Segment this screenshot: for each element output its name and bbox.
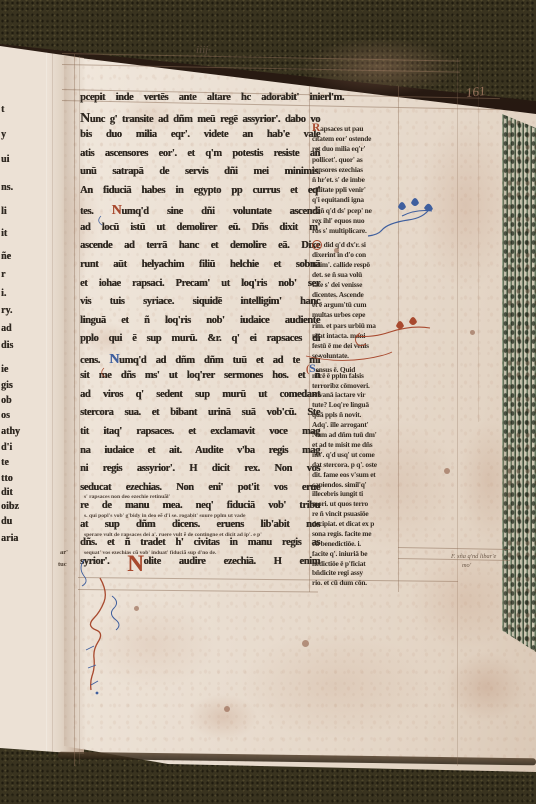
gloss-line: decipiat. et dicat ex p bbox=[312, 519, 400, 529]
text-line: atis ascensores eor'. et q'm potestis re… bbox=[80, 148, 320, 165]
stain-dot bbox=[224, 706, 230, 712]
gloss-line: Adq'. ille arrogant' bbox=[312, 420, 400, 430]
gloss-line: et ē argum'tū cum bbox=[312, 300, 400, 310]
gutter-fragment: ry. bbox=[1, 305, 12, 316]
ruling-line bbox=[457, 58, 458, 766]
gutter-fragment: ñe bbox=[1, 251, 11, 262]
gutter-fragment: ad bbox=[1, 323, 12, 334]
gloss-line: ros s' multiplicare. bbox=[312, 226, 400, 236]
folio-number: 161 bbox=[465, 83, 486, 101]
ruling-line bbox=[74, 54, 75, 766]
gloss-line: festū ē me dei venis bbox=[312, 341, 400, 351]
gloss-line: quā ppls ñ novit. bbox=[312, 410, 400, 420]
interlinear-gloss: sequat' vos ezechias cū vob' induat' fid… bbox=[84, 550, 216, 556]
gutter-fragment: r bbox=[1, 269, 5, 280]
gutter-fragment: aria bbox=[1, 533, 18, 544]
gloss-line: se voluntate. bbox=[312, 351, 400, 361]
gloss-line: cillitate ppli venir' bbox=[312, 185, 400, 195]
text-segment: syrior'. bbox=[80, 556, 109, 567]
text-line: unū satrapā de servis dñi mei minimis. bbox=[80, 166, 320, 183]
text-segment: tes. bbox=[80, 206, 93, 217]
gutter-fragment: tto bbox=[1, 473, 13, 484]
text-line: syrior'. Nolite audire ezechiā. H enim bbox=[80, 556, 320, 573]
gloss-line: fidim'. callide respō bbox=[312, 260, 400, 270]
circled-red-initial: a bbox=[312, 240, 322, 250]
book-fore-edge bbox=[502, 112, 536, 652]
gloss-line: dit. fame eos v'sum et bbox=[312, 470, 400, 480]
gloss-line: dixerint in d'o con bbox=[312, 250, 400, 260]
gutter-fragment: ob bbox=[1, 395, 12, 406]
gutter-fragment: y bbox=[1, 129, 6, 140]
gutter-fragment: dis bbox=[1, 340, 13, 351]
gutter-fragment: dit bbox=[1, 487, 13, 498]
gloss-line: ri. ñ q'd ds' pcep' ne bbox=[312, 206, 400, 216]
gloss-line: Num ad dñm tuū dm' bbox=[312, 430, 400, 440]
manuscript-photo: iiij· 161 pcepit inde vertēs ante altare… bbox=[0, 0, 536, 804]
blue-initial-letter: N bbox=[109, 352, 119, 367]
text-segment: apsaces ut pau bbox=[320, 124, 363, 133]
red-initial-letter: R bbox=[312, 122, 320, 134]
gutter-fragment: ie bbox=[1, 364, 8, 375]
gloss-line: ms'. q'd usq' ut come bbox=[312, 450, 400, 460]
interlinear-gloss: sperare vult de rapsaces dei a'. ruere v… bbox=[84, 532, 262, 538]
text-line: Nunc g' transite ad dñm meū regē assyrio… bbox=[80, 111, 320, 128]
gloss-line: dicentes. Ascende bbox=[312, 290, 400, 300]
text-line: ad locū istū ut demolirer eū. Dñs dixit … bbox=[80, 222, 320, 239]
gutter-fragment: it bbox=[1, 228, 7, 239]
gutter-note: ar' bbox=[60, 549, 68, 556]
text-line: na iudaice et ait. Audite v'ba regis mag bbox=[80, 445, 320, 462]
gutter-fragment: athy bbox=[1, 426, 20, 437]
gloss-line: re ñ vincit psuasiōe bbox=[312, 509, 400, 519]
gutter-fragment: ui bbox=[1, 154, 9, 165]
text-segment: olite audire ezechiā. H enim bbox=[143, 556, 320, 567]
text-line: pplo qui ē sup murū. &r. q' ei rapsaces … bbox=[80, 333, 320, 350]
gloss-line: facite q'. iniuriā be bbox=[312, 549, 400, 559]
gloss-line: dat stercora. p q'. oste bbox=[312, 460, 400, 470]
gloss-line: multas urbes cepe bbox=[312, 310, 400, 320]
text-line: cens. Numq'd ad dñm dñm tuū et ad te mi bbox=[80, 352, 320, 369]
gloss-line: sona regis. facite me bbox=[312, 529, 400, 539]
gutter-note: tuc bbox=[58, 561, 67, 568]
gutter-fragment: du bbox=[1, 516, 12, 527]
gutter-fragment: d'i bbox=[1, 442, 12, 453]
gutter-fragment: li bbox=[1, 206, 7, 217]
gloss-line: ñ hr'et. s' de imbe bbox=[312, 175, 400, 185]
text-line: sit me dñs ms' ut loq'rer sermones hos. … bbox=[80, 370, 320, 387]
text-line: runt aūt helyachim filiū helchie et sobn… bbox=[80, 259, 320, 276]
gloss-line: bñdicite regi assy bbox=[312, 568, 400, 578]
stain-dot bbox=[134, 606, 139, 611]
text-line: et iohae rapsaci. Precam' ut loq'ris nob… bbox=[80, 278, 320, 295]
text-line: tes. Numq'd sine dñi voluntate ascendi bbox=[80, 203, 320, 220]
gutter-fragment: gis bbox=[1, 380, 13, 391]
gutter-fragment: oibz bbox=[1, 501, 19, 512]
initial-letter: N bbox=[80, 111, 90, 126]
gloss-line: et vanā iactare vir bbox=[312, 390, 400, 400]
text-line: pcepit inde vertēs ante altare hc adorab… bbox=[80, 92, 344, 109]
text-line: ascende ad terrā hanc et demolire eā. Di… bbox=[80, 240, 320, 257]
ruling-line bbox=[478, 62, 479, 422]
text-line: ni regis assyrior'. H dicit rex. Non vos bbox=[80, 463, 320, 480]
gloss-line: citatem eor' ostende bbox=[312, 134, 400, 144]
gutter-fragment: te bbox=[1, 457, 9, 468]
gloss-line: cū benedictiōe. i. bbox=[312, 539, 400, 549]
text-line: An fiduciā habes in egypto pp currus et … bbox=[80, 185, 320, 202]
margin-cursive-note: mo' bbox=[462, 562, 471, 569]
gloss-line: rio. et cū dum cōn. bbox=[312, 578, 400, 588]
interlinear-gloss: s' rapsaces non deo ezechie retinuāl' bbox=[84, 494, 170, 500]
margin-cursive-note: F. sña q'nd libar'e bbox=[451, 553, 496, 560]
gloss-line: rex ihl' equos nuo bbox=[312, 216, 400, 226]
gutter-fragment: i. bbox=[1, 288, 6, 299]
interlinear-gloss: s. qui popl's vob' g'bidy in deo eē d'i … bbox=[84, 513, 245, 519]
gloss-line: tute? Loq're linguā bbox=[312, 400, 400, 410]
quire-mark: iiij· bbox=[196, 44, 211, 56]
text-line: vis tuis syriace. siquidē intelligim' ha… bbox=[80, 296, 320, 313]
gloss-line: neat intacta. mani bbox=[312, 331, 400, 341]
stain-dot bbox=[470, 330, 475, 335]
text-segment: umq'd sine dñi voluntate ascendi bbox=[121, 206, 320, 217]
gloss-line: ret duo milia eq'r' bbox=[312, 144, 400, 154]
gloss-line: mori. ut quos terro bbox=[312, 499, 400, 509]
text-line: bis duo milia eqr'. videte an hab'e vale bbox=[80, 129, 320, 146]
text-segment: unc g' transite ad dñm meū regē assyrior… bbox=[90, 114, 320, 125]
gloss-line: det. se ñ sua volū bbox=[312, 270, 400, 280]
gloss-line: pollicet'. quor' as bbox=[312, 155, 400, 165]
text-line: stercora sua. et bibant urinā suā vob'cū… bbox=[80, 407, 320, 424]
gutter-fragment: os bbox=[1, 410, 10, 421]
text-line: ad viros q' sedent sup murū ut comedant bbox=[80, 389, 320, 406]
gloss-line: a did q'd dx'r. si bbox=[312, 240, 400, 250]
gloss-line: censores ezechias bbox=[312, 165, 400, 175]
text-segment: cens. bbox=[80, 355, 100, 366]
stain-dot bbox=[444, 468, 450, 474]
gloss-line: rim. et pars urbiū ma bbox=[312, 321, 400, 331]
text-segment: umq'd ad dñm dñm tuū et ad te mi bbox=[119, 355, 320, 366]
gloss-line: q'i equitandi igna bbox=[312, 195, 400, 205]
text-line: linguā et ñ loq'ris nob' iudaice audient… bbox=[80, 315, 320, 332]
gutter-fragment: t bbox=[1, 104, 4, 115]
stain-dot bbox=[302, 640, 309, 647]
gloss-line: necē ē pplm falsis bbox=[312, 371, 400, 381]
gloss-line: tate s' dei venisse bbox=[312, 280, 400, 290]
gloss-line: illecebris iungit ti bbox=[312, 489, 400, 499]
text-segment: did q'd dx'r. si bbox=[324, 240, 366, 249]
red-initial-letter: N bbox=[112, 203, 122, 218]
gutter-fragment: ns. bbox=[1, 182, 13, 193]
gloss-line: et ad te misit me dñs bbox=[312, 440, 400, 450]
gloss-line: Rapsaces ut pau bbox=[312, 122, 400, 132]
gloss-line: (Sensus ē. Quid bbox=[306, 361, 394, 371]
text-line: tit itaq' rapsaces. et exclamavit voce m… bbox=[80, 426, 320, 443]
